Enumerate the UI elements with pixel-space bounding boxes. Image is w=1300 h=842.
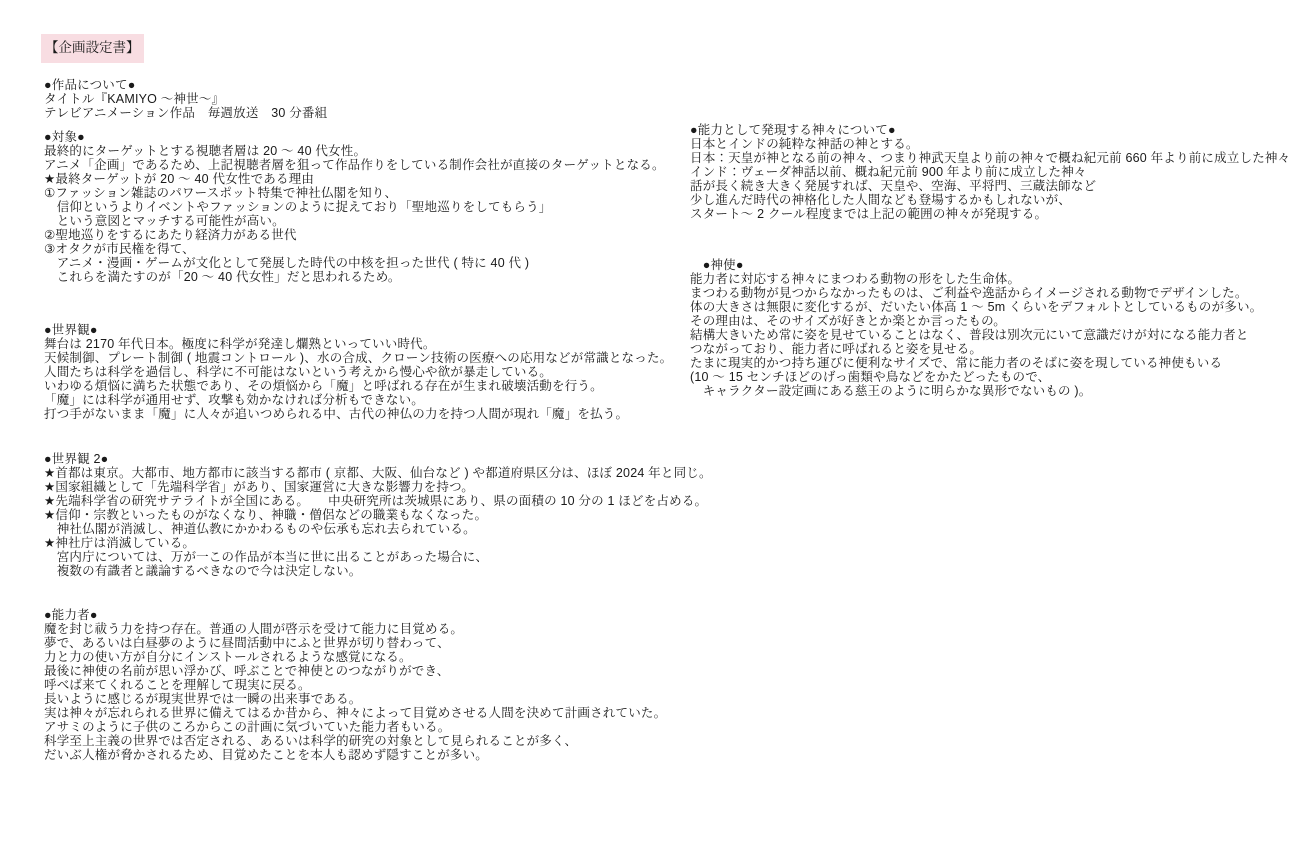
document-page: 【企画設定書】 ●作品について● タイトル『KAMIYO ～神世～』 テレビアニ… (0, 0, 1300, 842)
section-heading: ●能力者● (44, 608, 666, 622)
text-line: 天候制御、プレート制御 ( 地震コントロール )、水の合成、クローン技術の医療へ… (44, 351, 672, 365)
text-line: 舞台は 2170 年代日本。極度に科学が発達し爛熟といっていい時代。 (44, 337, 672, 351)
text-line: ★信仰・宗教といったものがなくなり、神職・僧侶などの職業もなくなった。 (44, 508, 712, 522)
section-heading: ●神使● (690, 258, 1262, 272)
text-line: ③オタクが市民権を得て、 (44, 242, 665, 256)
text-line: つながっており、能力者に呼ばれると姿を見せる。 (690, 342, 1262, 356)
section-heading: ●世界観● (44, 323, 672, 337)
text-line: という意図とマッチする可能性が高い。 (44, 214, 665, 228)
text-line: 科学至上主義の世界では否定される、あるいは科学的研究の対象として見られることが多… (44, 734, 666, 748)
section-target-audience: ●対象● 最終的にターゲットとする視聴者層は 20 ～ 40 代女性。 アニメ「… (44, 130, 665, 284)
text-line: たまに現実的かつ持ち運びに便利なサイズで、常に能力者のそばに姿を現している神使も… (690, 356, 1262, 370)
text-line: 日本とインドの純粋な神話の神とする。 (690, 137, 1290, 151)
section-manifesting-gods: ●能力として発現する神々について● 日本とインドの純粋な神話の神とする。 日本：… (690, 123, 1290, 221)
section-ability-users: ●能力者● 魔を封じ祓う力を持つ存在。普通の人間が啓示を受けて能力に目覚める。 … (44, 608, 666, 762)
section-worldview-2: ●世界観 2● ★首都は東京。大都市、地方都市に該当する都市 ( 京都、大阪、仙… (44, 452, 712, 578)
text-line: ★神社庁は消滅している。 (44, 536, 712, 550)
text-line: だいぶ人権が脅かされるため、目覚めたことを本人も認めず隠すことが多い。 (44, 748, 666, 762)
text-line: いわゆる煩悩に満ちた状態であり、その煩悩から「魔」と呼ばれる存在が生まれ破壊活動… (44, 379, 672, 393)
text-line: これらを満たすのが「20 ～ 40 代女性」だと思われるため。 (44, 270, 665, 284)
text-line: 信仰というよりイベントやファッションのように捉えており「聖地巡りをしてもらう」 (44, 200, 665, 214)
text-line: 体の大きさは無限に変化するが、だいたい体高 1 ～ 5m くらいをデフォルトとし… (690, 300, 1262, 314)
section-heading: ●作品について● (44, 78, 327, 92)
section-heading: ●能力として発現する神々について● (690, 123, 1290, 137)
text-line: ★最終ターゲットが 20 ～ 40 代女性である理由 (44, 172, 665, 186)
section-worldview: ●世界観● 舞台は 2170 年代日本。極度に科学が発達し爛熟といっていい時代。… (44, 323, 672, 421)
text-line: ★先端科学省の研究サテライトが全国にある。 中央研究所は茨城県にあり、県の面積の… (44, 494, 712, 508)
text-line: アニメ「企画」であるため、上記視聴者層を狙って作品作りをしている制作会社が直接の… (44, 158, 665, 172)
text-line: 話が長く続き大きく発展すれば、天皇や、空海、平将門、三蔵法師など (690, 179, 1290, 193)
text-line: 神社仏閣が消滅し、神道仏教にかかわるものや伝承も忘れ去られている。 (44, 522, 712, 536)
text-line: 最後に神使の名前が思い浮かび、呼ぶことで神使とのつながりができ、 (44, 664, 666, 678)
text-line: 最終的にターゲットとする視聴者層は 20 ～ 40 代女性。 (44, 144, 665, 158)
text-line: その理由は、そのサイズが好きとか楽とか言ったもの。 (690, 314, 1262, 328)
text-line: 少し進んだ時代の神格化した人間なども登場するかもしれないが、 (690, 193, 1290, 207)
text-line: アサミのように子供のころからこの計画に気づいていた能力者もいる。 (44, 720, 666, 734)
section-heading: ●対象● (44, 130, 665, 144)
text-line: 魔を封じ祓う力を持つ存在。普通の人間が啓示を受けて能力に目覚める。 (44, 622, 666, 636)
text-line: 結構大きいため常に姿を見せていることはなく、普段は別次元にいて意識だけが対になる… (690, 328, 1262, 342)
section-divine-messengers: ●神使● 能力者に対応する神々にまつわる動物の形をした生命体。 まつわる動物が見… (690, 258, 1262, 398)
section-heading: ●世界観 2● (44, 452, 712, 466)
text-line: ★首都は東京。大都市、地方都市に該当する都市 ( 京都、大阪、仙台など ) や都… (44, 466, 712, 480)
section-work-overview: ●作品について● タイトル『KAMIYO ～神世～』 テレビアニメーション作品 … (44, 78, 327, 120)
text-line: 夢で、あるいは白昼夢のように昼間活動中にふと世界が切り替わって、 (44, 636, 666, 650)
text-line: 長いように感じるが現実世界では一瞬の出来事である。 (44, 692, 666, 706)
text-line: 力と力の使い方が自分にインストールされるような感覚になる。 (44, 650, 666, 664)
text-line: 宮内庁については、万が一この作品が本当に世に出ることがあった場合に、 (44, 550, 712, 564)
text-line: タイトル『KAMIYO ～神世～』 (44, 92, 327, 106)
text-line: テレビアニメーション作品 毎週放送 30 分番組 (44, 106, 327, 120)
text-line: 日本：天皇が神となる前の神々、つまり神武天皇より前の神々で概ね紀元前 660 年… (690, 151, 1290, 165)
document-title: 【企画設定書】 (41, 34, 144, 63)
text-line: 人間たちは科学を過信し、科学に不可能はないという考えから慢心や欲が暴走している。 (44, 365, 672, 379)
text-line: 「魔」には科学が通用せず、攻撃も効かなければ分析もできない。 (44, 393, 672, 407)
text-line: 呼べば来てくれることを理解して現実に戻る。 (44, 678, 666, 692)
text-line: スタート～ 2 クール程度までは上記の範囲の神々が発現する。 (690, 207, 1290, 221)
text-line: インド：ヴェーダ神話以前、概ね紀元前 900 年より前に成立した神々 (690, 165, 1290, 179)
text-line: 能力者に対応する神々にまつわる動物の形をした生命体。 (690, 272, 1262, 286)
text-line: (10 ～ 15 センチほどのげっ歯類や鳥などをかたどったもので、 (690, 370, 1262, 384)
text-line: ②聖地巡りをするにあたり経済力がある世代 (44, 228, 665, 242)
text-line: キャラクター設定画にある慈王のように明らかな異形でないもの )。 (690, 384, 1262, 398)
text-line: まつわる動物が見つからなかったものは、ご利益や逸話からイメージされる動物でデザイ… (690, 286, 1262, 300)
text-line: ①ファッション雑誌のパワースポット特集で神社仏閣を知り、 (44, 186, 665, 200)
text-line: アニメ・漫画・ゲームが文化として発展した時代の中核を担った世代 ( 特に 40 … (44, 256, 665, 270)
text-line: 打つ手がないまま「魔」に人々が追いつめられる中、古代の神仏の力を持つ人間が現れ「… (44, 407, 672, 421)
text-line: ★国家組織として「先端科学省」があり、国家運営に大きな影響力を持つ。 (44, 480, 712, 494)
text-line: 複数の有識者と議論するべきなので今は決定しない。 (44, 564, 712, 578)
text-line: 実は神々が忘れられる世界に備えてはるか昔から、神々によって目覚めさせる人間を決め… (44, 706, 666, 720)
